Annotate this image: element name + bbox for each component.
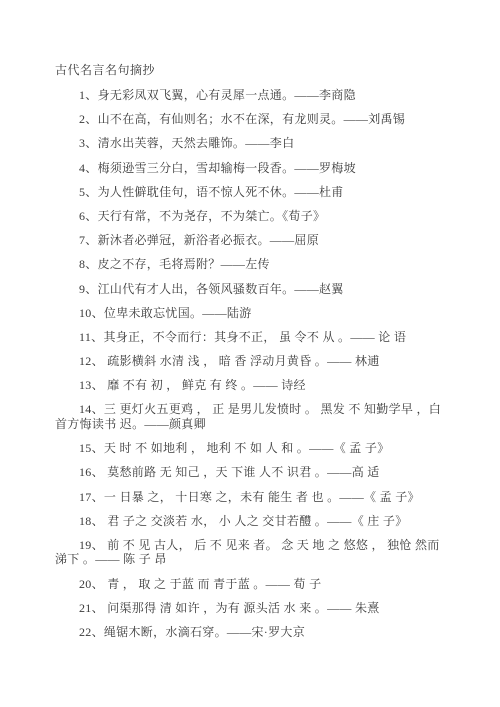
quote-item: 20、 青 ， 取 之 于蓝 而 青于蓝 。—— 荀 子 <box>55 577 448 592</box>
quote-item: 14、三 更灯火五更鸡 ， 正 是男儿发愤时 。 黑发 不 知勤学早 ，白 首方… <box>55 402 448 431</box>
page-title: 古代名言名句摘抄 <box>55 63 448 78</box>
quote-item: 1、身无彩凤双飞翼，心有灵犀一点通。——李商隐 <box>55 88 448 103</box>
quote-item: 22、绳锯木断，水滴石穿。——宋·罗大京 <box>55 625 448 640</box>
quote-item: 8、皮之不存，毛将焉附？——左传 <box>55 257 448 272</box>
quote-item: 4、梅须逊雪三分白，雪却输梅一段香。——罗梅坡 <box>55 161 448 176</box>
quote-item: 2、山不在高，有仙则名；水不在深，有龙则灵。——刘禹锡 <box>55 112 448 127</box>
quote-item: 5、为人性僻耽佳句，语不惊人死不休。——杜甫 <box>55 185 448 200</box>
quote-item: 6、天行有常，不为尧存，不为桀亡。《荀子》 <box>55 209 448 224</box>
quote-item: 17、一 日暴 之， 十日寒 之，未有 能生 者 也 。——《 孟 子》 <box>55 490 448 505</box>
quote-item: 7、新沐者必弹冠，新浴者必振衣。——屈原 <box>55 233 448 248</box>
quote-list: 1、身无彩凤双飞翼，心有灵犀一点通。——李商隐2、山不在高，有仙则名；水不在深，… <box>55 88 448 639</box>
quote-item: 10、位卑未敢忘忧国。——陆游 <box>55 306 448 321</box>
quote-item: 9、江山代有才人出，各领风骚数百年。——赵翼 <box>55 282 448 297</box>
quote-item: 11、其身正，不令而行：其身不正， 虽 令不 从 。—— 论 语 <box>55 330 448 345</box>
quote-item: 15、天 时 不 如地利 ， 地利 不 如 人 和 。——《 孟 子》 <box>55 441 448 456</box>
quote-item: 21、 问渠那得 清 如许 ，为有 源头活 水 来 。—— 朱熹 <box>55 601 448 616</box>
quote-item: 13、 靡 不有 初 ， 鲜克 有 终 。—— 诗经 <box>55 378 448 393</box>
quote-item: 3、清水出芙蓉，天然去雕饰。——李白 <box>55 136 448 151</box>
quote-item: 16、 莫愁前路 无 知己 ，天 下谁 人不 识君 。——高 适 <box>55 465 448 480</box>
quote-item: 18、 君 子之 交淡若 水， 小 人之 交甘若醴 。——《 庄 子》 <box>55 514 448 529</box>
quote-item: 19、 前 不 见 古人， 后 不 见来 者。 念 天 地 之 悠悠 ， 独怆 … <box>55 538 448 567</box>
quote-item: 12、 疏影横斜 水清 浅 ， 暗 香 浮动月黄昏 。—— 林逋 <box>55 354 448 369</box>
document-page: 古代名言名句摘抄 1、身无彩凤双飞翼，心有灵犀一点通。——李商隐2、山不在高，有… <box>0 0 500 707</box>
